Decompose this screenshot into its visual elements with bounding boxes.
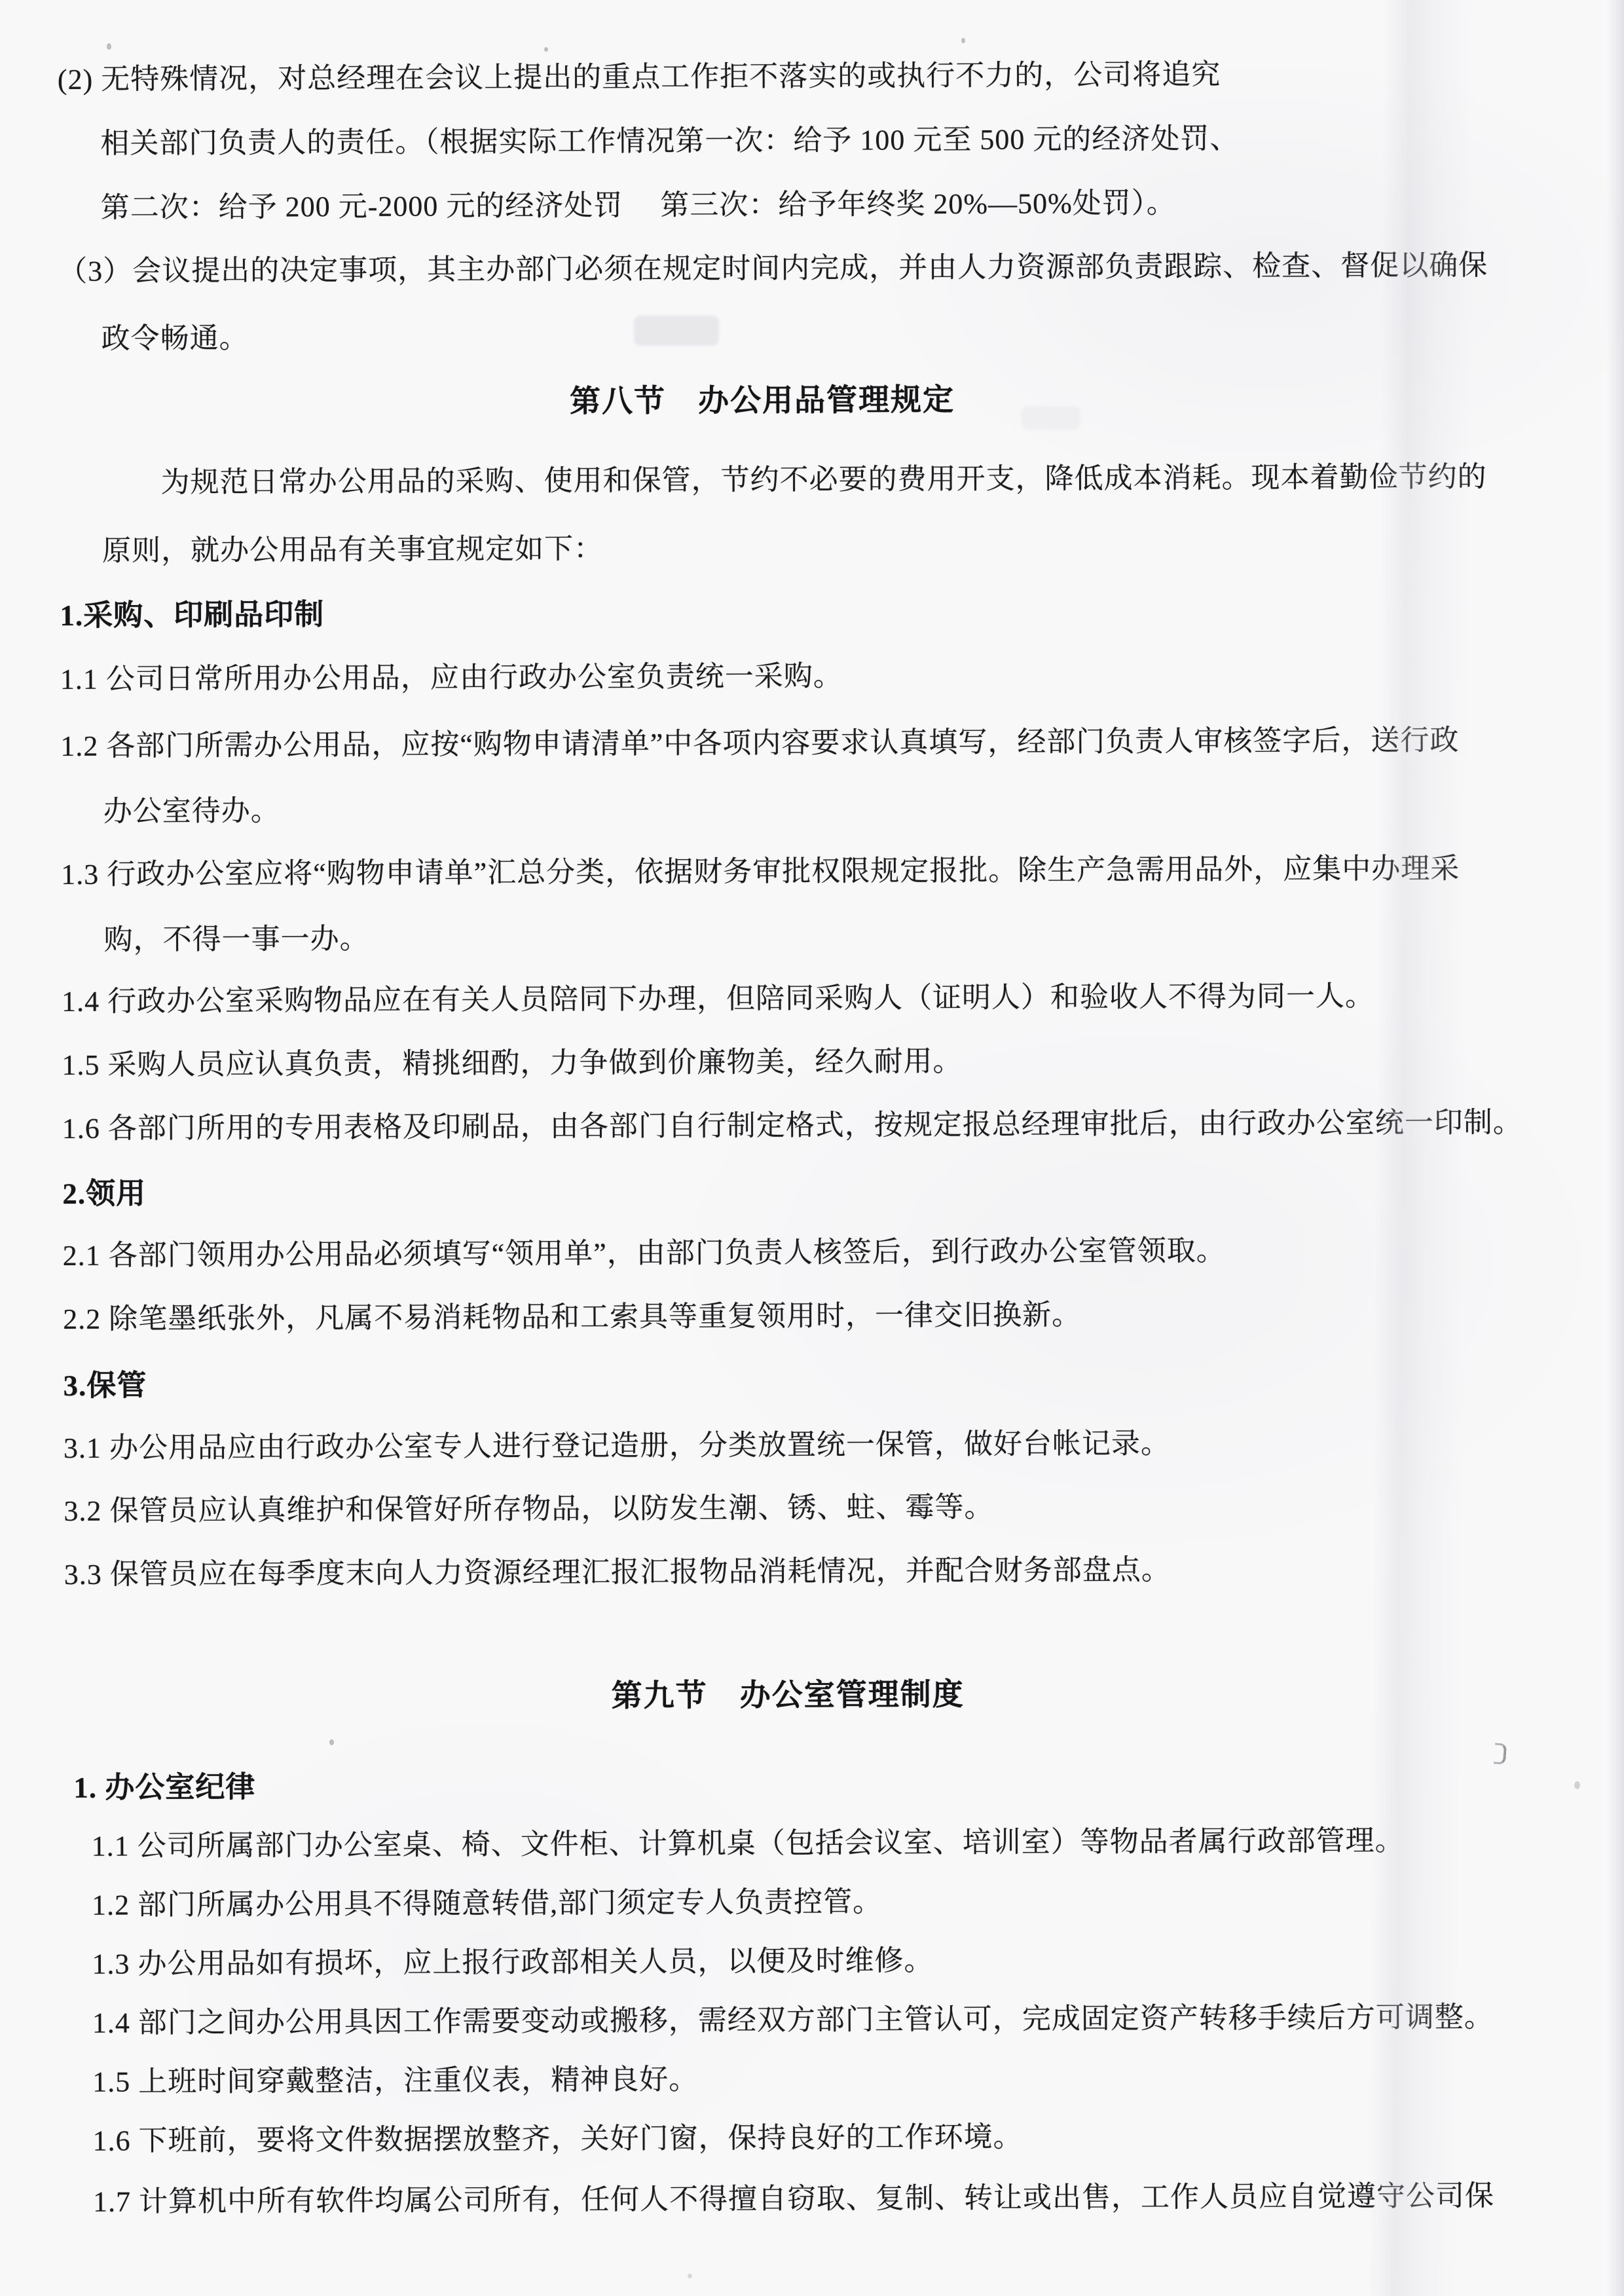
clause-heading: 1.采购、印刷品印制 — [60, 598, 324, 633]
clause-line: (2) 无特殊情况，对总经理在会议上提出的重点工作拒不落实的或执行不力的，公司将… — [58, 58, 1221, 96]
clause-continuation-line: 相关部门负责人的责任。（根据实际工作情况第一次：给予 100 元至 500 元的… — [100, 122, 1239, 160]
clause-line: 1.2 各部门所需办公用品，应按“购物申请清单”中各项内容要求认真填写，经部门负… — [60, 724, 1459, 764]
paragraph-line: 为规范日常办公用品的采购、使用和保管，节约不必要的费用开支，降低成本消耗。现本着… — [160, 460, 1486, 499]
clause-line: 1.7 计算机中所有软件均属公司所有，任何人不得擅自窃取、复制、转让或出售，工作… — [93, 2179, 1494, 2219]
clause-line: 1.3 行政办公室应将“购物申请单”汇总分类，依据财务审批权限规定报批。除生产急… — [61, 853, 1460, 892]
clause-continuation-line: 第二次：给予 200 元-2000 元的经济处罚 第三次：给予年终奖 20%—5… — [101, 187, 1176, 225]
clause-continuation-line: 购，不得一事一办。 — [103, 923, 369, 957]
clause-line: 1.3 办公用品如有损坏，应上报行政部相关人员，以便及时维修。 — [92, 1944, 933, 1981]
clause-line: 1.4 部门之间办公用具因工作需要变动或搬移，需经双方部门主管认可，完成固定资产… — [92, 2001, 1494, 2040]
clause-line: 1.5 上班时间穿戴整洁，注重仪表，精神良好。 — [92, 2064, 698, 2100]
clause-line: 1.6 各部门所用的专用表格及印刷品，由各部门自行制定格式，按规定报总经理审批后… — [62, 1106, 1522, 1145]
scan-noise-speck — [416, 1006, 420, 1010]
scan-fold-shadow — [1367, 0, 1475, 2296]
clause-heading: 2.领用 — [62, 1177, 146, 1211]
scanned-document-page: (2) 无特殊情况，对总经理在会议上提出的重点工作拒不落实的或执行不力的，公司将… — [0, 0, 1624, 2296]
clause-line: 1.6 下班前，要将文件数据摆放整齐，关好门窗，保持良好的工作环境。 — [92, 2121, 1022, 2158]
clause-line: 3.3 保管员应在每季度末向人力资源经理汇报汇报物品消耗情况，并配合财务部盘点。 — [64, 1554, 1171, 1592]
section-heading: 第八节 办公用品管理规定 — [570, 382, 955, 420]
scan-smudge — [1022, 406, 1080, 430]
clause-continuation-line: 原则，就办公用品有关事宜规定如下： — [102, 532, 603, 568]
scan-noise-speck — [961, 38, 965, 43]
scan-noise-speck — [107, 43, 111, 50]
scan-smudge — [634, 316, 719, 346]
clause-line: 2.1 各部门领用办公用品必须填写“领用单”，由部门负责人核签后，到行政办公室管… — [63, 1234, 1226, 1272]
scan-noise-speck — [1574, 1781, 1580, 1789]
clause-continuation-line: 办公室待办。 — [103, 795, 280, 829]
scan-noise-speck — [329, 1739, 334, 1745]
clause-continuation-line: 政令畅通。 — [101, 322, 248, 356]
scan-edge-shadow — [1607, 0, 1624, 2296]
clause-heading: 1. 办公室纪律 — [73, 1771, 255, 1805]
clause-heading: 3.保管 — [63, 1369, 147, 1403]
clause-line: 3.1 办公用品应由行政办公室专人进行登记造册，分类放置统一保管，做好台帐记录。 — [64, 1428, 1170, 1466]
clause-line: 1.1 公司所属部门办公室桌、椅、文件柜、计算机桌（包括会议室、培训室）等物品者… — [92, 1824, 1405, 1863]
clause-line: 1.5 采购人员应认真负责，精挑细酌，力争做到价廉物美，经久耐用。 — [62, 1045, 962, 1083]
clause-line: 2.2 除笔墨纸张外，凡属不易消耗物品和工索具等重复领用时，一律交旧换新。 — [63, 1299, 1081, 1336]
clause-line: 1.1 公司日常所用办公用品，应由行政办公室负责统一采购。 — [60, 660, 843, 697]
clause-line: 1.4 行政办公室采购物品应在有关人员陪同下办理，但陪同采购人（证明人）和验收人… — [62, 980, 1375, 1018]
clause-line: 3.2 保管员应认真维护和保管好所存物品，以防发生潮、锈、蛀、霉等。 — [64, 1491, 993, 1528]
scan-noise-speck — [688, 2274, 692, 2278]
clause-line: 1.2 部门所属办公用具不得随意转借,部门须定专人负责控管。 — [92, 1886, 882, 1923]
scan-noise-speck — [544, 47, 548, 52]
scan-noise-speck — [800, 1115, 805, 1119]
clause-line: （3）会议提出的决定事项，其主办部门必须在规定时间内完成，并由人力资源部负责跟踪… — [58, 249, 1488, 288]
section-heading: 第九节 办公室管理制度 — [612, 1677, 965, 1714]
